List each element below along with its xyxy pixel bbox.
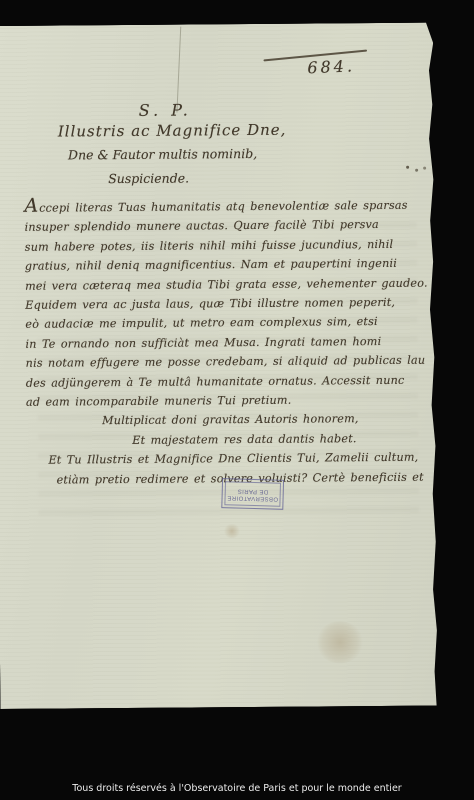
manuscript-line: des adjüngerem à Te multâ humanitate orn… — [26, 370, 429, 393]
salutation: S. P. — [139, 100, 192, 119]
manuscript-line: Accepi literas Tuas humanitatis atq bene… — [24, 194, 427, 219]
manuscript-line: Multiplicat doni gravitas Autoris honore… — [102, 409, 429, 431]
manuscript-line: nis notam effugere me posse credebam, si… — [26, 351, 429, 374]
manuscript-line: Et Tu Illustris et Magnifice Dne Clienti… — [48, 448, 429, 470]
manuscript-line: Illustris ac Magnifice Dne, — [58, 118, 287, 144]
letter-body: Accepi literas Tuas humanitatis atq bene… — [24, 194, 428, 413]
observatoire-stamp-text: OBSERVATOIRE DE PARIS — [224, 481, 281, 507]
verse-couplet: Multiplicat doni gravitas Autoris honore… — [102, 409, 429, 450]
manuscript-line: Et majestatem res data dantis habet. — [132, 428, 429, 450]
address-block: Illustris ac Magnifice Dne,Dne & Fautor … — [0, 118, 287, 192]
paper-stain-small — [223, 524, 241, 538]
rights-caption: Tous droits réservés à l'Observatoire de… — [0, 783, 474, 795]
ink-dots — [406, 166, 409, 169]
stamp-line-1: OBSERVATOIRE — [227, 493, 278, 501]
paper-stain-large — [316, 621, 364, 663]
observatoire-stamp: OBSERVATOIRE DE PARIS — [221, 478, 284, 510]
stamp-line-2: DE PARIS — [237, 487, 268, 495]
manuscript-line: Dne & Fautor multis nominib, — [68, 142, 287, 168]
manuscript-line: gratius, nihil deniq magnificentius. Nam… — [25, 254, 428, 277]
folio-number: 684. — [307, 56, 355, 77]
manuscript-page: 684. S. P. Illustris ac Magnifice Dne,Dn… — [0, 23, 438, 709]
archive-photo-frame: 684. S. P. Illustris ac Magnifice Dne,Dn… — [0, 0, 474, 800]
manuscript-line: Suspiciende. — [108, 166, 287, 191]
